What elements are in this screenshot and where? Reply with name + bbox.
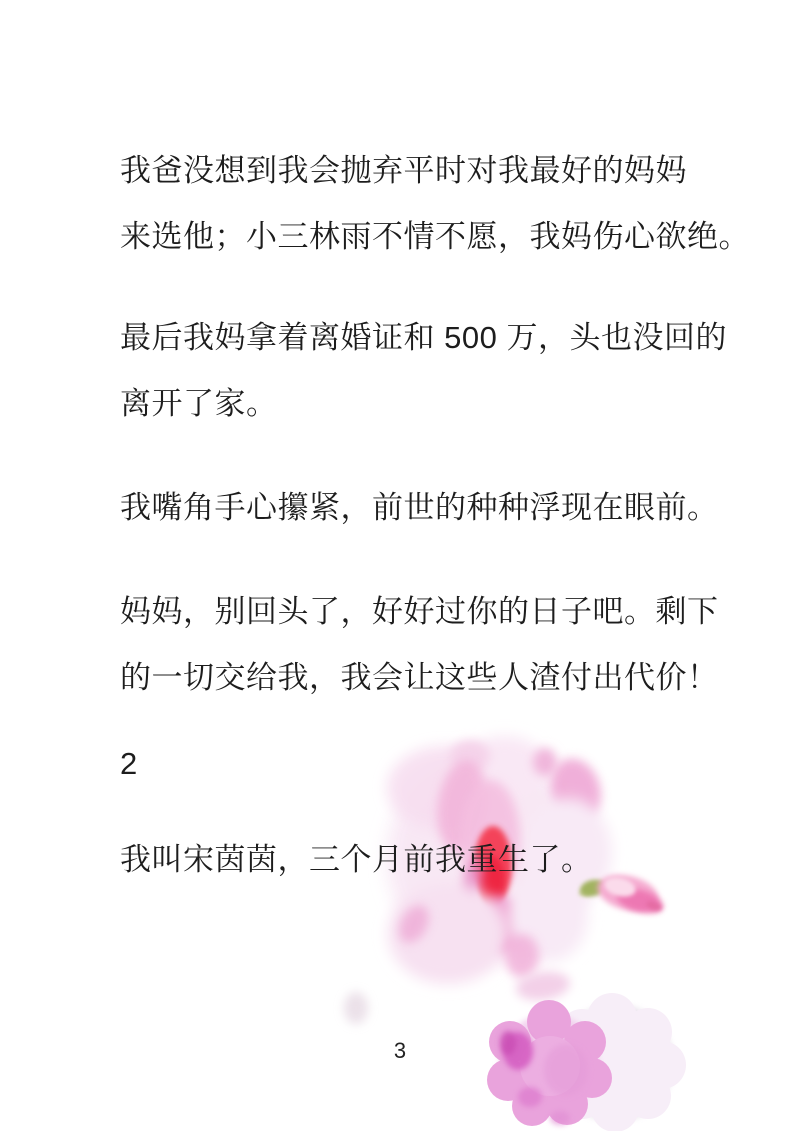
text-line: 的一切交给我，我会让这些人渣付出代价！ xyxy=(120,645,686,711)
novel-page: 我爸没想到我会抛弃平时对我最好的妈妈 来选他；小三林雨不情不愿，我妈伤心欲绝。 … xyxy=(0,0,800,1131)
text-line: 2 xyxy=(120,731,686,797)
story-text: 我爸没想到我会抛弃平时对我最好的妈妈 来选他；小三林雨不情不愿，我妈伤心欲绝。 … xyxy=(120,138,686,893)
paragraph: 最后我妈拿着离婚证和 500 万，头也没回的 离开了家。 xyxy=(120,305,686,437)
section-number: 2 xyxy=(120,731,686,797)
paragraph: 我爸没想到我会抛弃平时对我最好的妈妈 来选他；小三林雨不情不愿，我妈伤心欲绝。 xyxy=(120,138,686,270)
text-line: 我爸没想到我会抛弃平时对我最好的妈妈 xyxy=(120,138,686,204)
paragraph: 我嘴角手心攥紧，前世的种种浮现在眼前。 xyxy=(120,475,686,541)
text-line: 来选他；小三林雨不情不愿，我妈伤心欲绝。 xyxy=(120,204,686,270)
page-number: 3 xyxy=(0,1038,800,1064)
text-line: 离开了家。 xyxy=(120,371,686,437)
text-line: 我叫宋茵茵，三个月前我重生了。 xyxy=(120,827,686,893)
text-line: 妈妈，别回头了，好好过你的日子吧。剩下 xyxy=(120,579,686,645)
paragraph: 我叫宋茵茵，三个月前我重生了。 xyxy=(120,827,686,893)
text-line: 最后我妈拿着离婚证和 500 万，头也没回的 xyxy=(120,305,686,371)
paint-smudge xyxy=(344,992,368,1024)
paragraph: 妈妈，别回头了，好好过你的日子吧。剩下 的一切交给我，我会让这些人渣付出代价！ xyxy=(120,579,686,711)
text-line: 我嘴角手心攥紧，前世的种种浮现在眼前。 xyxy=(120,475,686,541)
